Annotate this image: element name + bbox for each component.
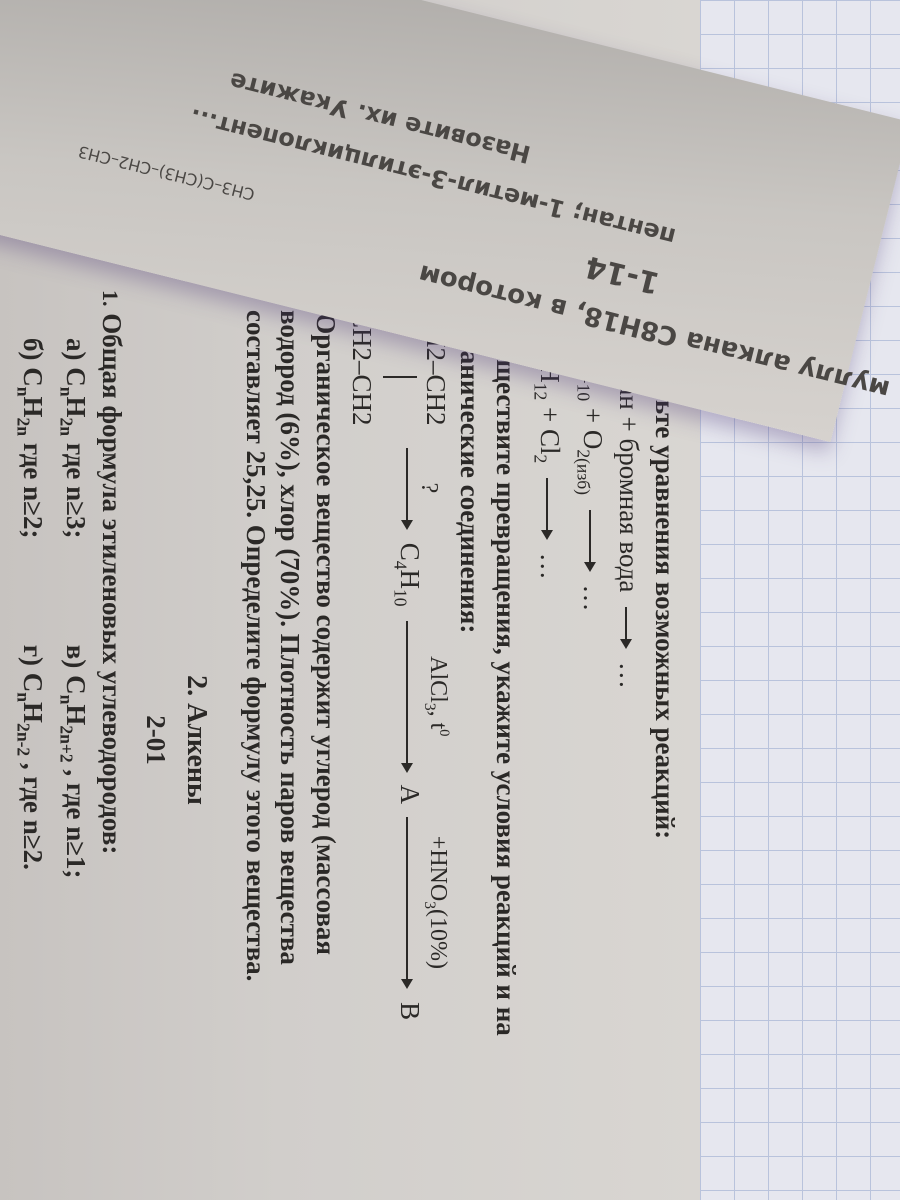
task3-item-c: в) C6H12 + Cl2 … — [523, 290, 566, 1190]
task-code: 2-01 — [139, 290, 173, 1190]
task3-title: 3. Составьте уравнения возможных реакций… — [646, 290, 682, 1190]
task5-line1: 5. Органическое вещество содержит углеро… — [307, 290, 343, 1190]
conversion-chain: ? C4H10 AlCl3, t0 A +HNO3(10%) B — [384, 440, 427, 1020]
task5-line3: составляет 25,25. Определите формулу это… — [239, 290, 273, 1190]
q1-options-row1: а) CnH2n где n≥3; в) CnH2n+2 , где n≥1; — [50, 290, 93, 1190]
curled-task-code: 1-14 — [582, 248, 663, 300]
task3-item-b: б) C4H10 + O2(изб) … — [567, 290, 610, 1190]
curled-structure: CH3–C(CH3)–CH2–CH3 — [76, 142, 256, 204]
section-title: 2. Алкены — [179, 290, 213, 1190]
task4-title: 4. Осуществите превращения, укажите усло… — [487, 290, 523, 1190]
q1-options-row2: б) CnH2n где n≥2; г) CnH2n-2 , где n≥2. — [6, 290, 49, 1190]
task5-line2: водород (6%), хлор (70%). Плотность паро… — [273, 290, 307, 1190]
task3-item-a: а) гексан + бромная вода … — [610, 290, 646, 1190]
q1-title: 1. Общая формула этиленовых углеводородо… — [93, 290, 129, 1190]
task4-scheme: CH2–CH2 CH2–CH2 ? C4H10 AlCl3, t0 A +HNO… — [343, 290, 453, 1190]
